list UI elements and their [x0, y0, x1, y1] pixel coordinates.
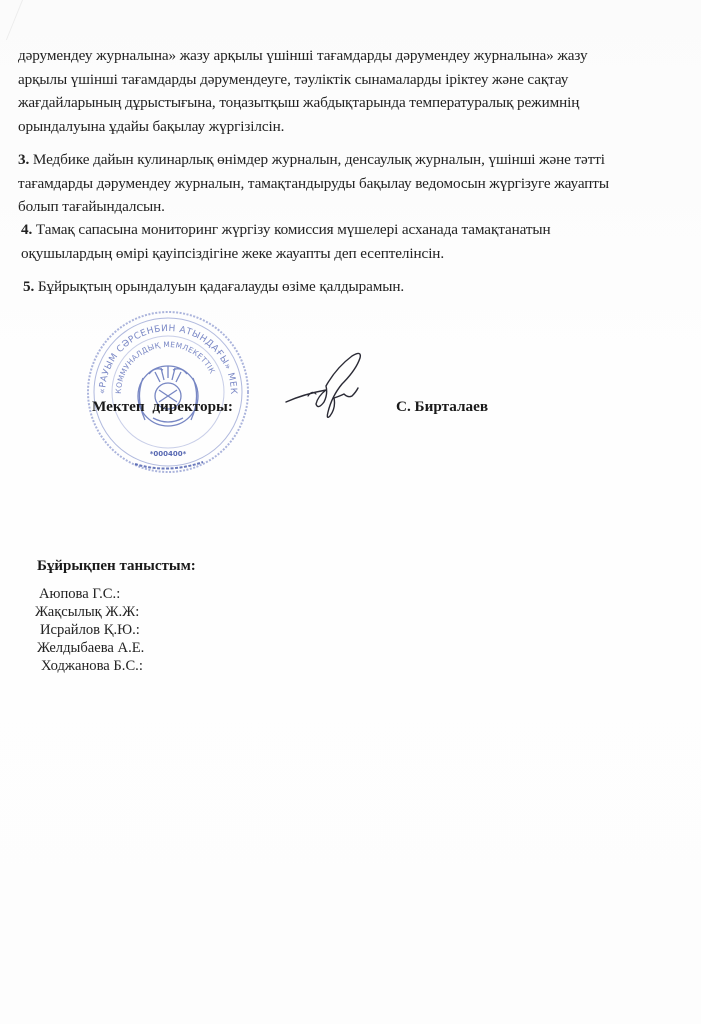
svg-text:КОММУНАЛДЫҚ МЕМЛЕКЕТТІК: КОММУНАЛДЫҚ МЕМЛЕКЕТТІК	[114, 340, 217, 394]
item-text: Бұйрықтың орындалуын қадағалауды өзіме қ…	[34, 278, 404, 295]
handwritten-signature	[282, 346, 382, 426]
paragraph-line: жағдайларының дұрыстығына, тоңазытқыш жа…	[18, 91, 587, 115]
item-text: Тамақ сапасына мониторинг жүргізу комисс…	[32, 221, 550, 238]
acknowledgement-name: Жақсылық Ж.Ж:	[35, 604, 139, 621]
paragraph-line: тағамдарды дәрумендеу журналын, тамақтан…	[18, 172, 609, 196]
official-stamp-seal: «РАУЫМ СӘРСЕНБИН АТЫНДАҒЫ» МЕКТЕП КОММУН…	[83, 308, 253, 476]
intro-paragraph: дәрумендеу журналына» жазу арқылы үшінші…	[18, 44, 587, 138]
acknowledgement-title: Бұйрықпен таныстым:	[37, 558, 196, 575]
director-name: С. Бирталаев	[396, 398, 488, 416]
paragraph-line: 3. Медбике дайын кулинарлық өнімдер журн…	[18, 148, 609, 172]
item-number: 4.	[21, 221, 32, 238]
item-number: 3.	[18, 151, 29, 168]
paragraph-line: орындалуына ұдайы бақылау жүргізілсін.	[18, 115, 587, 139]
item-number: 5.	[23, 278, 34, 295]
order-item-4: 4. Тамақ сапасына мониторинг жүргізу ком…	[21, 218, 551, 265]
order-item-3: 3. Медбике дайын кулинарлық өнімдер журн…	[18, 148, 609, 219]
paragraph-line: болып тағайындалсын.	[18, 195, 609, 219]
acknowledgement-name: Исрайлов Қ.Ю.:	[40, 622, 140, 639]
svg-text:*000400*: *000400*	[150, 450, 187, 458]
acknowledgement-name: Желдыбаева А.Е.	[37, 640, 144, 657]
paper-fold-mark	[0, 0, 23, 40]
acknowledgement-name: Ходжанова Б.С.:	[41, 658, 143, 675]
paragraph-line: арқылы үшінші тағамдарды дәрумендеуге, т…	[18, 68, 587, 92]
paragraph-line: оқушылардың өмірі қауіпсіздігіне жеке жа…	[21, 242, 551, 266]
director-position-label: Мектеп директоры:	[92, 398, 233, 416]
paragraph-line: 4. Тамақ сапасына мониторинг жүргізу ком…	[21, 218, 551, 242]
paragraph-line: дәрумендеу журналына» жазу арқылы үшінші…	[18, 44, 587, 68]
order-item-5: 5. Бұйрықтың орындалуын қадағалауды өзім…	[23, 275, 404, 299]
item-text: Медбике дайын кулинарлық өнімдер журналы…	[29, 151, 605, 168]
acknowledgement-name: Аюпова Г.С.:	[39, 586, 120, 603]
paragraph-line: 5. Бұйрықтың орындалуын қадағалауды өзім…	[23, 275, 404, 299]
document-page: дәрумендеу журналына» жазу арқылы үшінші…	[0, 0, 701, 1024]
